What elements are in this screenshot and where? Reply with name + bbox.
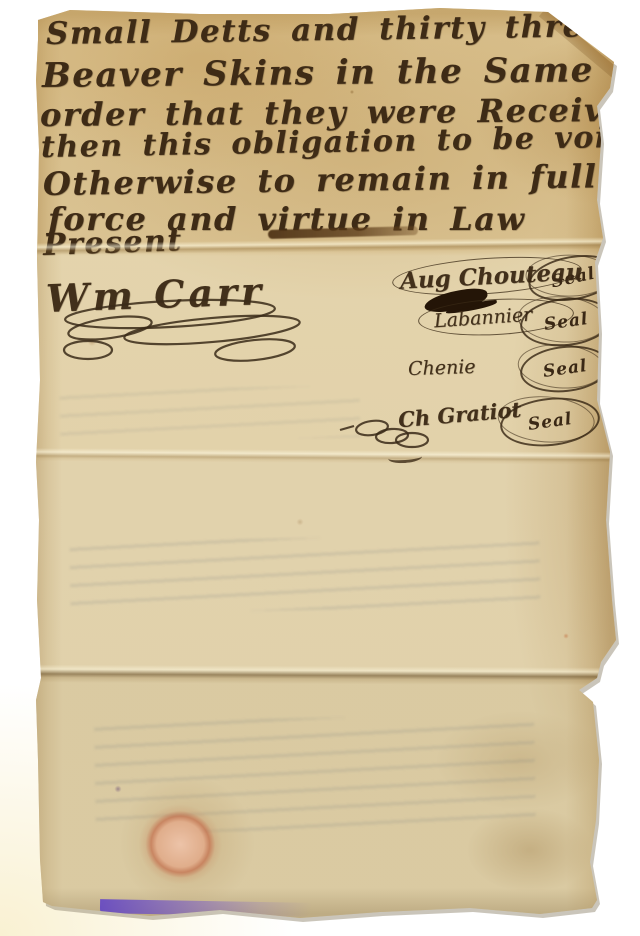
manuscript-line: Otherwise to remain in full [43,157,598,203]
signature-chenie: Chenie [408,356,476,380]
fold-crease [36,448,614,465]
manuscript-line: Beaver Skins in the Same good [42,49,640,96]
manuscript-line: Small Detts and thirty three [46,8,605,52]
seal-label: Seal [549,264,597,293]
seal-label: Seal [542,356,589,382]
seal-label: Seal [527,409,574,435]
fold-crease [36,664,614,685]
seal-label: Seal [543,309,590,335]
scan-background: Small Detts and thirty three Beaver Skin… [0,0,640,936]
wax-stain [132,794,238,896]
seal-flourish: Seal [498,393,602,451]
ink-showthrough [60,385,361,442]
manuscript-page: Small Detts and thirty three Beaver Skin… [0,0,640,936]
signature-flourish [50,298,300,370]
ink-showthrough [69,534,540,614]
